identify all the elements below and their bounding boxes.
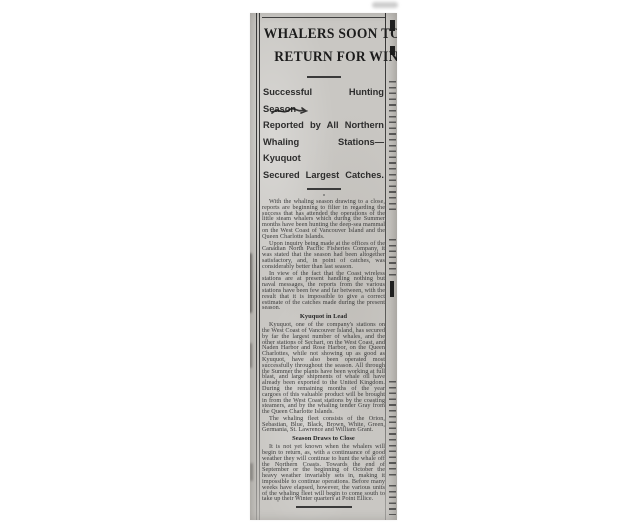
- headline-line-2: RETURN FOR WINTER: [274, 46, 385, 69]
- left-column-rule-inner: [259, 13, 260, 520]
- adjacent-column-fragment: [389, 485, 396, 515]
- subhead-divider: [307, 188, 341, 190]
- headline-divider: [307, 76, 341, 78]
- article-body: With the whaling season drawing to a clo…: [262, 199, 385, 508]
- adjacent-column-fragment: [389, 239, 396, 279]
- subhead-line: Secured Largest Catches.: [263, 167, 384, 184]
- end-of-article-rule: [296, 506, 352, 508]
- paragraph: With the whaling season drawing to a clo…: [262, 199, 385, 240]
- column-top-rule: [262, 17, 385, 18]
- subhead: Successful Hunting Season Reported by Al…: [262, 84, 385, 183]
- left-column-rule: [256, 13, 257, 520]
- adjacent-column-fragment: [389, 381, 396, 476]
- headline-line-1: WHALERS SOON TO: [262, 23, 373, 46]
- edge-smudge: [250, 463, 253, 481]
- edge-smudge: [250, 253, 252, 313]
- adjacent-column-fragment: [390, 281, 394, 297]
- section-heading-kyuquot-in-lead: Kyuquot in Lead: [262, 313, 385, 321]
- pencil-scribble-mark: [270, 105, 308, 117]
- scan-smudge: [372, 2, 398, 8]
- paragraph: Upon inquiry being made at the offices o…: [262, 241, 385, 270]
- paragraph: The whaling fleet consists of the Orion,…: [262, 416, 385, 433]
- article-column: WHALERS SOON TO RETURN FOR WINTER Succes…: [262, 13, 385, 508]
- ink-speck: [323, 194, 325, 196]
- newspaper-clipping: WHALERS SOON TO RETURN FOR WINTER Succes…: [250, 13, 397, 520]
- subhead-line: Reported by All Northern: [263, 117, 384, 134]
- paragraph: It is not yet known when the whalers wil…: [262, 444, 385, 502]
- scan-page: WHALERS SOON TO RETURN FOR WINTER Succes…: [0, 0, 640, 530]
- paragraph: In view of the fact that the Coast wirel…: [262, 271, 385, 312]
- right-column-rule: [385, 13, 386, 520]
- adjacent-column-fragment: [389, 81, 396, 211]
- paragraph: Kyuquot, one of the company's stations o…: [262, 322, 385, 415]
- section-heading-season-draws-to-close: Season Draws to Close: [262, 435, 385, 443]
- subhead-line: Whaling Stations—Kyuquot: [263, 134, 384, 167]
- edge-smudge: [250, 343, 252, 368]
